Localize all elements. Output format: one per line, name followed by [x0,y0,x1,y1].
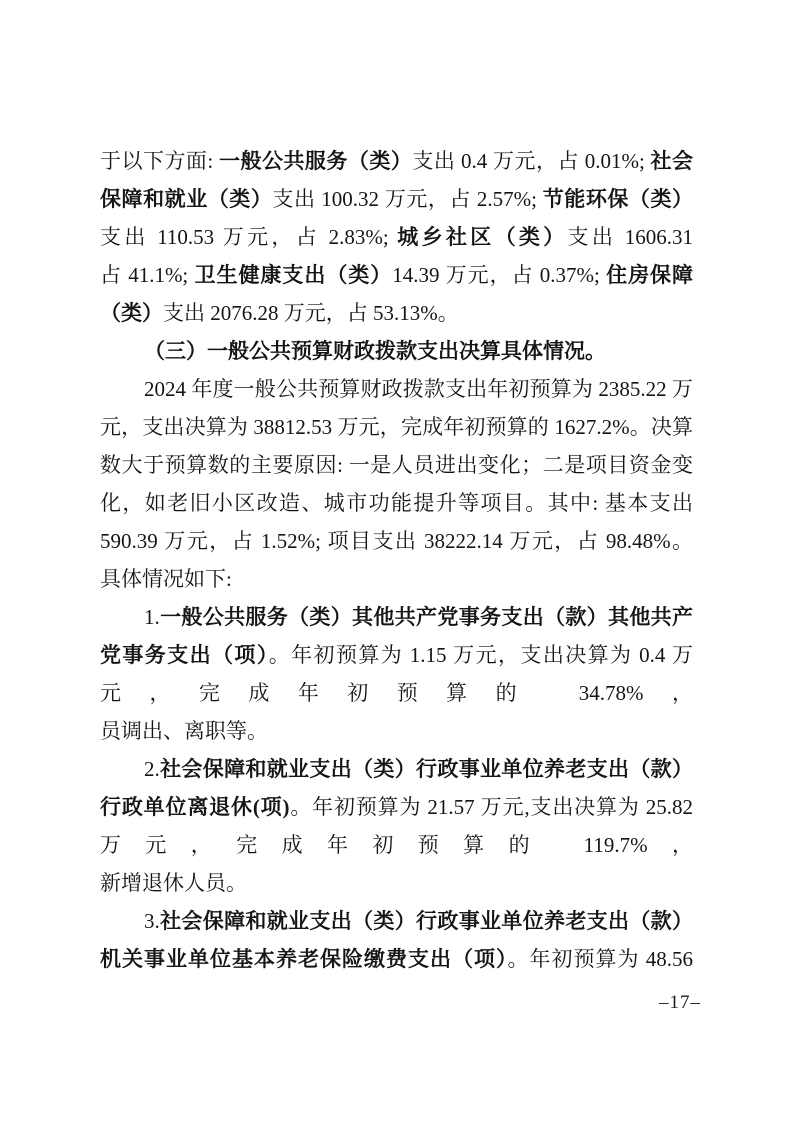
text-run: 新增退休人员。 [100,871,247,895]
text-run: 支出 110.53 万元，占 2.83%; [100,225,397,249]
text-run: 2024 年度一般公共预算财政拨款支出年初预算为 2385.22 万 [144,377,693,401]
text-line: （三）一般公共预算财政拨款支出决算具体情况。 [100,332,693,370]
text-line: 行政单位离退休(项)。年初预算为 21.57 万元,支出决算为 25.82 [100,788,693,826]
text-run: 元，完成年初预算的 34.78%，决算数小于预算数的主要原因是人 [100,681,693,712]
text-run: 于以下方面: [100,149,219,173]
text-line: 数大于预算数的主要原因: 一是人员进出变化；二是项目资金变 [100,446,693,484]
text-run: 数大于预算数的主要原因: 一是人员进出变化；二是项目资金变 [100,453,693,477]
bold-text-run: 社会保障和就业支出（类）行政事业单位养老支出（款） [160,909,693,933]
text-run: 化，如老旧小区改造、城市功能提升等项目。其中: 基本支出 [100,491,693,515]
text-run: 1. [144,605,160,629]
text-line: 支出 110.53 万元，占 2.83%; 城乡社区（类）支出 1606.31 … [100,218,693,256]
numbered-item-paragraph: 2.社会保障和就业支出（类）行政事业单位养老支出（款）行政单位离退休(项)。年初… [100,750,693,902]
bold-text-run: 社会 [651,149,693,173]
numbered-item-paragraph: 3.社会保障和就业支出（类）行政事业单位养老支出（款）机关事业单位基本养老保险缴… [100,902,693,978]
text-run: 2. [144,757,160,781]
document-body: 于以下方面: 一般公共服务（类）支出 0.4 万元，占 0.01%; 社会保障和… [100,142,693,978]
text-run: 14.39 万元，占 0.37%; [392,263,606,287]
document-page: 于以下方面: 一般公共服务（类）支出 0.4 万元，占 0.01%; 社会保障和… [0,0,793,1122]
text-line: 元，完成年初预算的 34.78%，决算数小于预算数的主要原因是人 [100,674,693,712]
text-line: 机关事业单位基本养老保险缴费支出（项）。年初预算为 48.56 [100,940,693,978]
text-run: 员调出、离职等。 [100,719,268,743]
text-run: 。年初预算为 48.56 [508,947,694,971]
text-line: 3.社会保障和就业支出（类）行政事业单位养老支出（款） [100,902,693,940]
text-line: 元，支出决算为 38812.53 万元，完成年初预算的 1627.2%。决算 [100,408,693,446]
bold-text-run: 城乡社区（类） [397,225,567,249]
text-line: 590.39 万元，占 1.52%; 项目支出 38222.14 万元，占 98… [100,522,693,560]
bold-text-run: 卫生健康支出（类） [195,263,393,287]
text-run: 3. [144,909,160,933]
text-line: 新增退休人员。 [100,864,693,902]
text-line: 具体情况如下: [100,560,693,598]
text-run: 万元，完成年初预算的 119.7%，决算数大于预算数的主要原因是 [100,833,693,864]
bold-text-run: 党事务支出（项） [100,643,269,667]
text-run: 。年初预算为 21.57 万元,支出决算为 25.82 [290,795,694,819]
text-line: 2.社会保障和就业支出（类）行政事业单位养老支出（款） [100,750,693,788]
text-line: 员调出、离职等。 [100,712,693,750]
page-number: –17– [659,991,701,1015]
paragraph: 2024 年度一般公共预算财政拨款支出年初预算为 2385.22 万元，支出决算… [100,370,693,598]
text-run: 具体情况如下: [100,567,232,591]
bold-text-run: （三）一般公共预算财政拨款支出决算具体情况。 [144,339,606,363]
text-line: 保障和就业（类）支出 100.32 万元，占 2.57%; 节能环保（类） [100,180,693,218]
text-run: 590.39 万元，占 1.52%; 项目支出 38222.14 万元，占 98… [100,529,693,553]
text-run: 支出 2076.28 万元，占 53.13%。 [163,301,459,325]
text-line: 于以下方面: 一般公共服务（类）支出 0.4 万元，占 0.01%; 社会 [100,142,693,180]
section-heading: （三）一般公共预算财政拨款支出决算具体情况。 [100,332,693,370]
text-line: 1.一般公共服务（类）其他共产党事务支出（款）其他共产 [100,598,693,636]
text-line: 万元，完成年初预算的 119.7%，决算数大于预算数的主要原因是 [100,826,693,864]
paragraph: 于以下方面: 一般公共服务（类）支出 0.4 万元，占 0.01%; 社会保障和… [100,142,693,332]
bold-text-run: 机关事业单位基本养老保险缴费支出（项） [100,947,508,971]
numbered-item-paragraph: 1.一般公共服务（类）其他共产党事务支出（款）其他共产党事务支出（项）。年初预算… [100,598,693,750]
bold-text-run: （类） [100,301,163,325]
text-line: 占 41.1%; 卫生健康支出（类）14.39 万元，占 0.37%; 住房保障 [100,256,693,294]
text-line: （类）支出 2076.28 万元，占 53.13%。 [100,294,693,332]
bold-text-run: 行政单位离退休(项) [100,795,290,819]
bold-text-run: 一般公共服务（类） [219,149,412,173]
text-run: 占 41.1%; [100,263,195,287]
text-run: 支出 100.32 万元，占 2.57%; [272,187,542,211]
text-run: 。年初预算为 1.15 万元，支出决算为 0.4 万 [269,643,693,667]
bold-text-run: 住房保障 [606,263,693,287]
bold-text-run: 节能环保（类） [543,187,693,211]
bold-text-run: 一般公共服务（类）其他共产党事务支出（款）其他共产 [160,605,693,629]
bold-text-run: 保障和就业（类） [100,187,272,211]
text-line: 党事务支出（项）。年初预算为 1.15 万元，支出决算为 0.4 万 [100,636,693,674]
text-run: 元，支出决算为 38812.53 万元，完成年初预算的 1627.2%。决算 [100,415,693,439]
text-run: 支出 0.4 万元，占 0.01%; [412,149,650,173]
bold-text-run: 社会保障和就业支出（类）行政事业单位养老支出（款） [160,757,693,781]
text-line: 2024 年度一般公共预算财政拨款支出年初预算为 2385.22 万 [100,370,693,408]
text-line: 化，如老旧小区改造、城市功能提升等项目。其中: 基本支出 [100,484,693,522]
